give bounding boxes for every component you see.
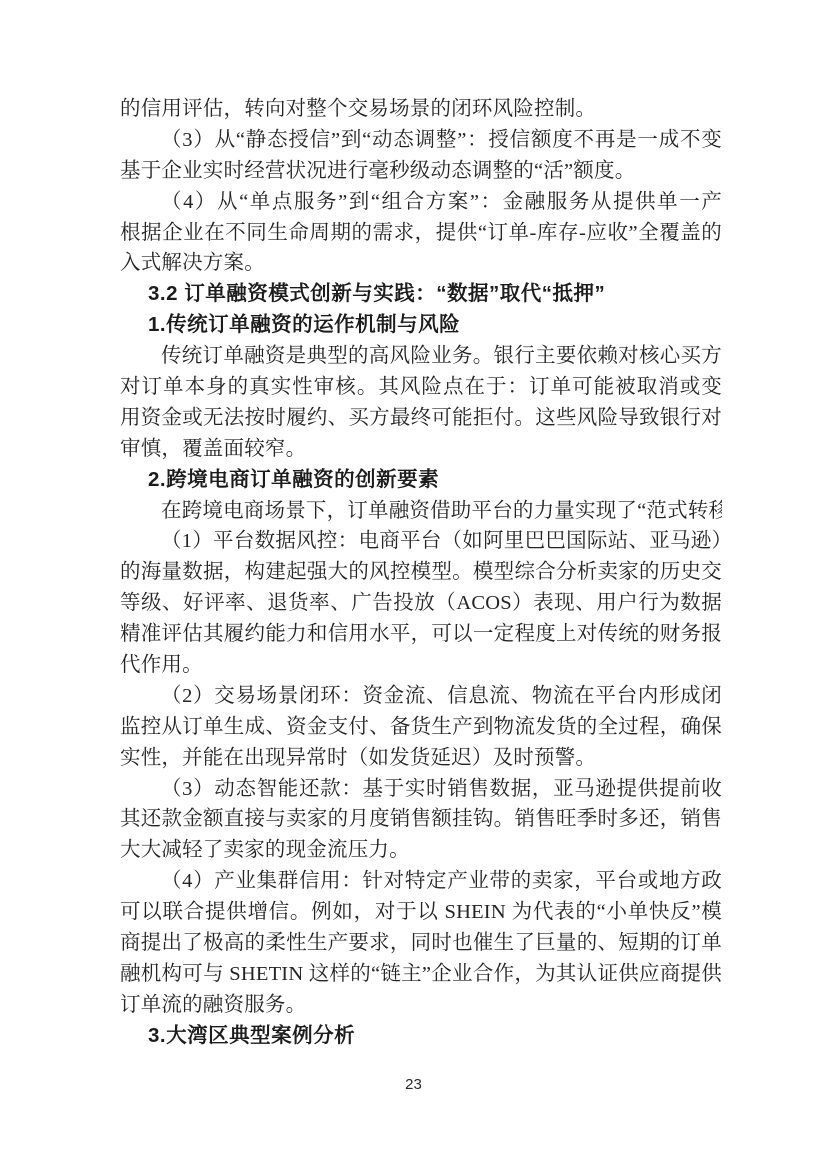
- text-line: 等级、好评率、退货率、广告投放（ACOS）表现、用户行为数据等多维度信息，: [120, 588, 722, 619]
- section-heading: 3.2 订单融资模式创新与实践：“数据”取代“抵押”: [120, 279, 722, 310]
- text-line: 大大减轻了卖家的现金流压力。: [120, 835, 722, 866]
- text-line: 其还款金额直接与卖家的月度销售额挂钩。销售旺季时多还，销售淡季时少还，: [120, 804, 722, 835]
- text-line: （4）产业集群信用：针对特定产业带的卖家，平台或地方政府、行业协会: [120, 866, 722, 897]
- heading: 3.大湾区典型案例分析: [120, 1021, 722, 1052]
- text-line: 实性，并能在出现异常时（如发货延迟）及时预警。: [120, 743, 722, 774]
- text-line: 商提出了极高的柔性生产要求，同时也催生了巨量的、短期的订单融资需求。金: [120, 928, 722, 959]
- text-line: 审慎，覆盖面较窄。: [120, 434, 722, 465]
- page-content: 的信用评估，转向对整个交易场景的闭环风险控制。（3）从“静态授信”到“动态调整”…: [120, 94, 722, 1052]
- text-line: 传统订单融资是典型的高风险业务。银行主要依赖对核心买方信用的评估和: [120, 341, 722, 372]
- text-line: 基于企业实时经营状况进行毫秒级动态调整的“活”额度。: [120, 156, 722, 187]
- text-line: 对订单本身的真实性审核。其风险点在于：订单可能被取消或变更、卖方可能挪: [120, 372, 722, 403]
- text-line: 入式解决方案。: [120, 248, 722, 279]
- text-line: 融机构可与 SHETIN 这样的“链主”企业合作，为其认证供应商提供基于其稳定: [120, 959, 722, 990]
- text-line: 代作用。: [120, 650, 722, 681]
- text-line: （4）从“单点服务”到“组合方案”：金融服务从提供单一产品，演变为: [120, 187, 722, 218]
- heading: 2.跨境电商订单融资的创新要素: [120, 465, 722, 496]
- text-line: 用资金或无法按时履约、买方最终可能拒付。这些风险导致银行对此类业务极为: [120, 403, 722, 434]
- text-line: （1）平台数据风控：电商平台（如阿里巴巴国际站、亚马逊）利用其积累: [120, 526, 722, 557]
- text-line: （2）交易场景闭环：资金流、信息流、物流在平台内形成闭环。平台能够: [120, 681, 722, 712]
- text-line: 的信用评估，转向对整个交易场景的闭环风险控制。: [120, 94, 722, 125]
- heading: 1.传统订单融资的运作机制与风险: [120, 310, 722, 341]
- text-line: 在跨境电商场景下，订单融资借助平台的力量实现了“范式转移”。: [120, 496, 722, 527]
- text-line: 可以联合提供增信。例如，对于以 SHEIN 为代表的“小单快反”模式，其对供应: [120, 897, 722, 928]
- text-line: （3）动态智能还款：基于实时销售数据，亚马逊提供提前收款(MCA)产品，: [120, 774, 722, 805]
- text-line: 根据企业在不同生命周期的需求，提供“订单-库存-应收”全覆盖的组合式、嵌: [120, 218, 722, 249]
- text-line: 监控从订单生成、资金支付、备货生产到物流发货的全过程，确保贸易背景的真: [120, 712, 722, 743]
- document-page: 的信用评估，转向对整个交易场景的闭环风险控制。（3）从“静态授信”到“动态调整”…: [0, 0, 827, 1169]
- text-line: 精准评估其履约能力和信用水平，可以一定程度上对传统的财务报表分析起到替: [120, 619, 722, 650]
- text-line: 的海量数据，构建起强大的风控模型。模型综合分析卖家的历史交易记录、店铺: [120, 557, 722, 588]
- page-footer: 23: [0, 1076, 827, 1094]
- text-line: （3）从“静态授信”到“动态调整”：授信额度不再是一成不变的，而是: [120, 125, 722, 156]
- page-number: 23: [405, 1076, 422, 1093]
- text-line: 订单流的融资服务。: [120, 990, 722, 1021]
